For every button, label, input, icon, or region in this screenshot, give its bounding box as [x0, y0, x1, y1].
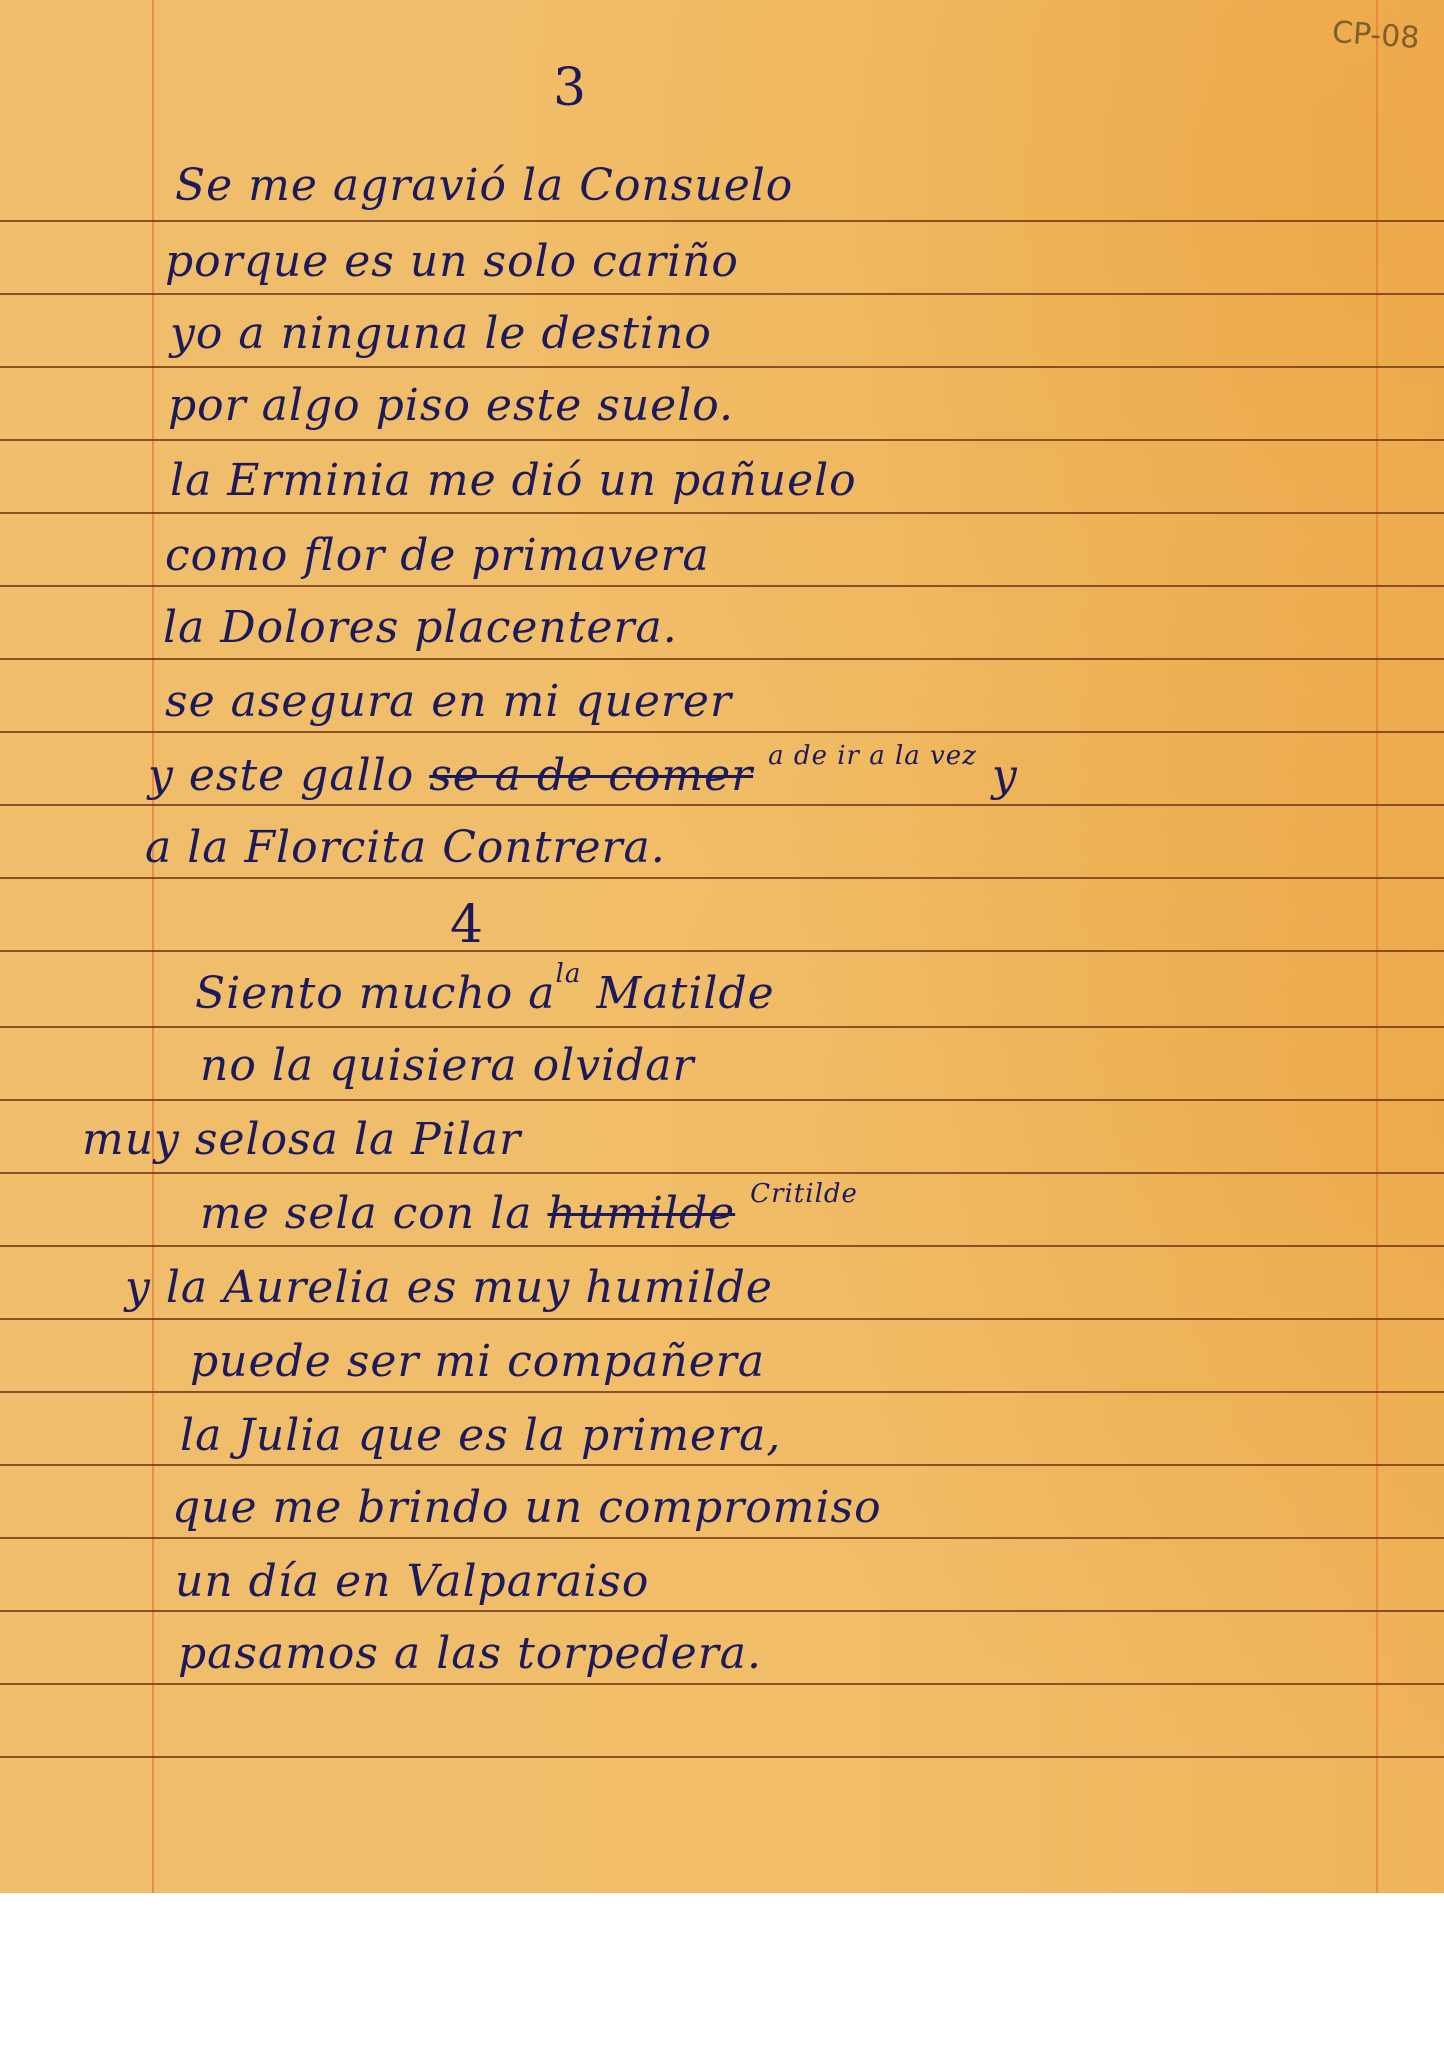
struck-text: humilde: [547, 1188, 735, 1239]
verse-line: no la quisiera olvidar: [200, 1040, 695, 1091]
ruled-line: [0, 877, 1444, 879]
verse-text: me sela con la: [200, 1188, 532, 1239]
verse-line: puede ser mi compañera: [190, 1336, 765, 1387]
ruled-line: [0, 1610, 1444, 1612]
verse-text: y: [992, 750, 1018, 801]
ruled-line: [0, 658, 1444, 660]
ruled-line: [0, 512, 1444, 514]
verse-line: la Dolores placentera.: [163, 602, 678, 653]
struck-text: se a de comer: [429, 750, 753, 801]
verse-line: se asegura en mi querer: [165, 676, 732, 727]
verse-line: por algo piso este suelo.: [168, 380, 734, 431]
verse-line: la Julia que es la primera,: [180, 1410, 781, 1461]
ruled-line: [0, 293, 1444, 295]
verse-line: muy selosa la Pilar: [82, 1114, 521, 1165]
verse-line: un día en Valparaiso: [175, 1556, 649, 1607]
verse-line: como flor de primavera: [165, 530, 710, 581]
verse-line-with-insertion: Siento mucho ala Matilde: [195, 968, 775, 1019]
ruled-line: [0, 950, 1444, 952]
ruled-line: [0, 804, 1444, 806]
stanza-number: 4: [450, 895, 483, 955]
ruled-line: [0, 1683, 1444, 1685]
ruled-line: [0, 1464, 1444, 1466]
notebook-page: CP-08 3 Se me agravió la Consuelo porque…: [0, 0, 1444, 1893]
ruled-line: [0, 1026, 1444, 1028]
stanza-number: 3: [553, 58, 586, 118]
verse-text: y este gallo: [148, 750, 414, 801]
verse-text: Matilde: [596, 968, 774, 1019]
ruled-line: [0, 1318, 1444, 1320]
ruled-line: [0, 731, 1444, 733]
ruled-line: [0, 1099, 1444, 1101]
verse-line: que me brindo un compromiso: [172, 1482, 882, 1533]
verse-line: y la Aurelia es muy humilde: [125, 1262, 773, 1313]
reverse-side-show-through: [769, 0, 1271, 77]
inserted-word: la: [556, 959, 582, 989]
verse-text: Siento mucho a: [195, 968, 556, 1019]
ruled-line: [0, 1756, 1444, 1758]
verse-line-with-correction: me sela con la humilde Critilde: [200, 1188, 858, 1239]
ruled-line: [0, 1245, 1444, 1247]
ruled-line: [0, 1537, 1444, 1539]
ruled-line: [0, 1391, 1444, 1393]
verse-line-with-correction: y este gallo se a de comer a de ir a la …: [148, 750, 1018, 801]
verse-line: pasamos a las torpedera.: [178, 1628, 762, 1679]
ruled-line: [0, 585, 1444, 587]
ruled-line: [0, 1172, 1444, 1174]
verse-line: la Erminia me dió un pañuelo: [170, 455, 857, 506]
verse-line: yo a ninguna le destino: [170, 308, 712, 359]
inserted-correction: a de ir a la vez: [768, 741, 977, 771]
archive-code: CP-08: [1331, 15, 1421, 56]
verse-line: a la Florcita Contrera.: [145, 822, 666, 873]
verse-line: porque es un solo cariño: [165, 236, 739, 287]
verse-line: Se me agravió la Consuelo: [175, 160, 793, 211]
ruled-line: [0, 366, 1444, 368]
inserted-correction: Critilde: [750, 1179, 858, 1209]
ruled-line: [0, 439, 1444, 441]
ruled-line: [0, 220, 1444, 222]
